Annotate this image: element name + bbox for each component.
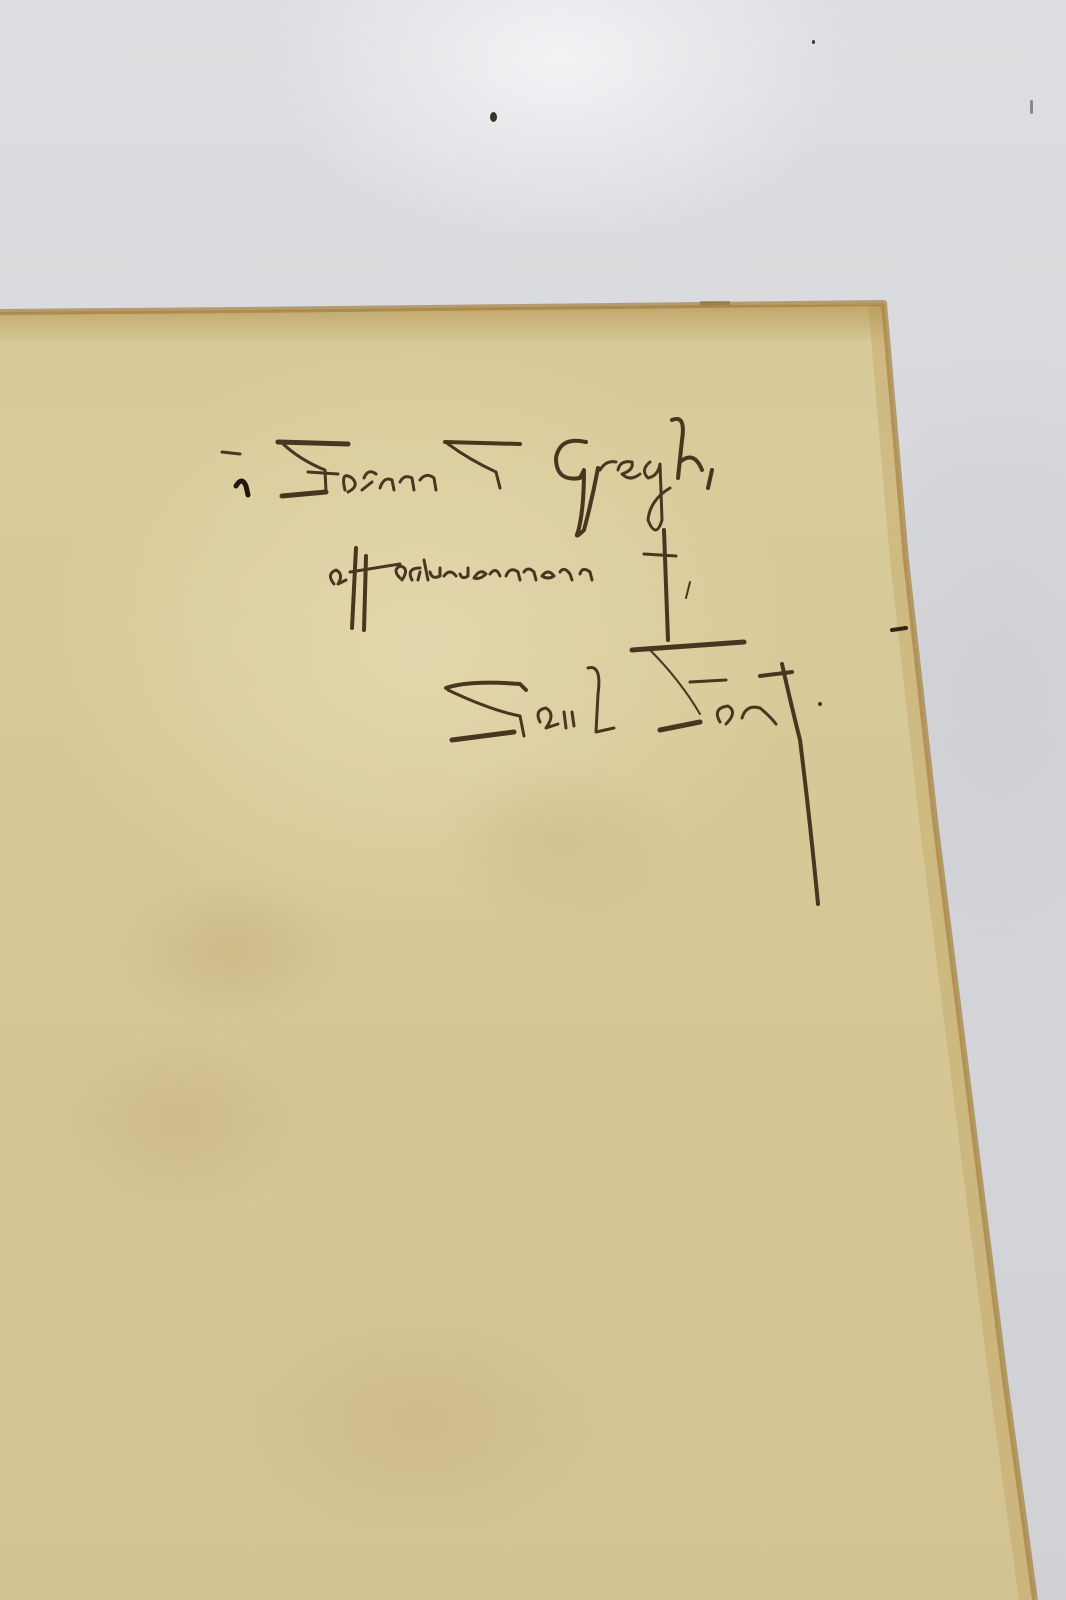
dust-speck — [812, 40, 815, 44]
dust-speck — [490, 112, 497, 122]
dust-speck — [1030, 100, 1033, 114]
